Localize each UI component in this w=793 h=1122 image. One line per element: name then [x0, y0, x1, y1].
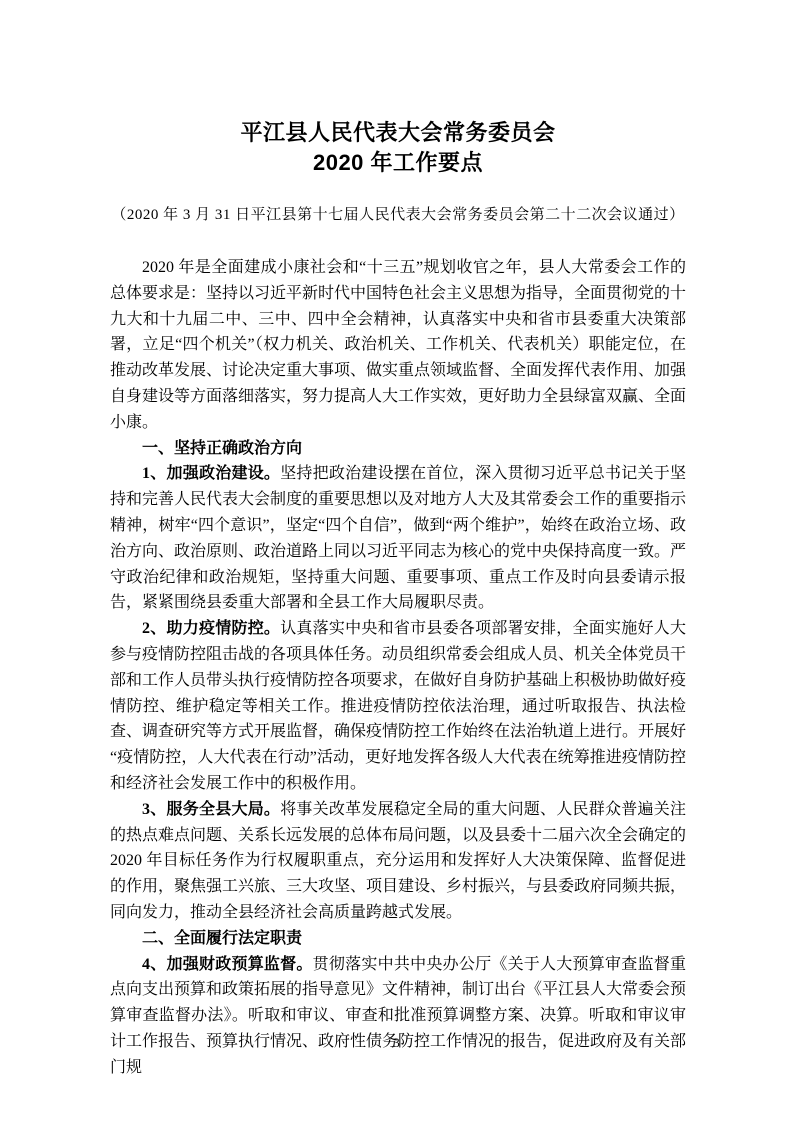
paragraph: 3、服务全县大局。将事关改革发展稳定全局的重大问题、人民群众普遍关注的热点难点问…: [110, 797, 686, 926]
section-heading: 一、坚持正确政治方向: [110, 436, 686, 462]
paragraph: 2、助力疫情防控。认真落实中央和省市县委各项部署安排，全面实施好人大参与疫情防控…: [110, 616, 686, 797]
paragraph-lead: 1、加强政治建设。: [142, 465, 280, 482]
section-heading: 二、全面履行法定职责: [110, 926, 686, 952]
document-title-line1: 平江县人民代表大会常务委员会: [240, 120, 555, 145]
document-subtitle: （2020 年 3 月 31 日平江县第十七届人民代表大会常务委员会第二十二次会…: [110, 205, 686, 225]
paragraph-lead: 2、助力疫情防控。: [142, 620, 280, 637]
paragraph: 1、加强政治建设。坚持把政治建设摆在首位，深入贯彻习近平总书记关于坚持和完善人民…: [110, 461, 686, 616]
document-page: 平江县人民代表大会常务委员会 2020 年工作要点 （2020 年 3 月 31…: [0, 0, 793, 1122]
document-body: 2020 年是全面建成小康社会和“十三五”规划收官之年，县人大常委会工作的总体要…: [110, 255, 686, 1081]
document-title: 平江县人民代表大会常务委员会 2020 年工作要点: [110, 118, 686, 178]
paragraph: 4、加强财政预算监督。贯彻落实中共中央办公厅《关于人大预算审查监督重点向支出预算…: [110, 952, 686, 1081]
document-title-line2: 2020 年工作要点: [313, 150, 483, 175]
paragraph-lead: 4、加强财政预算监督。: [142, 956, 313, 973]
paragraph-lead: 3、服务全县大局。: [142, 801, 280, 818]
page-number: 3: [0, 1034, 793, 1052]
paragraph: 2020 年是全面建成小康社会和“十三五”规划收官之年，县人大常委会工作的总体要…: [110, 255, 686, 436]
